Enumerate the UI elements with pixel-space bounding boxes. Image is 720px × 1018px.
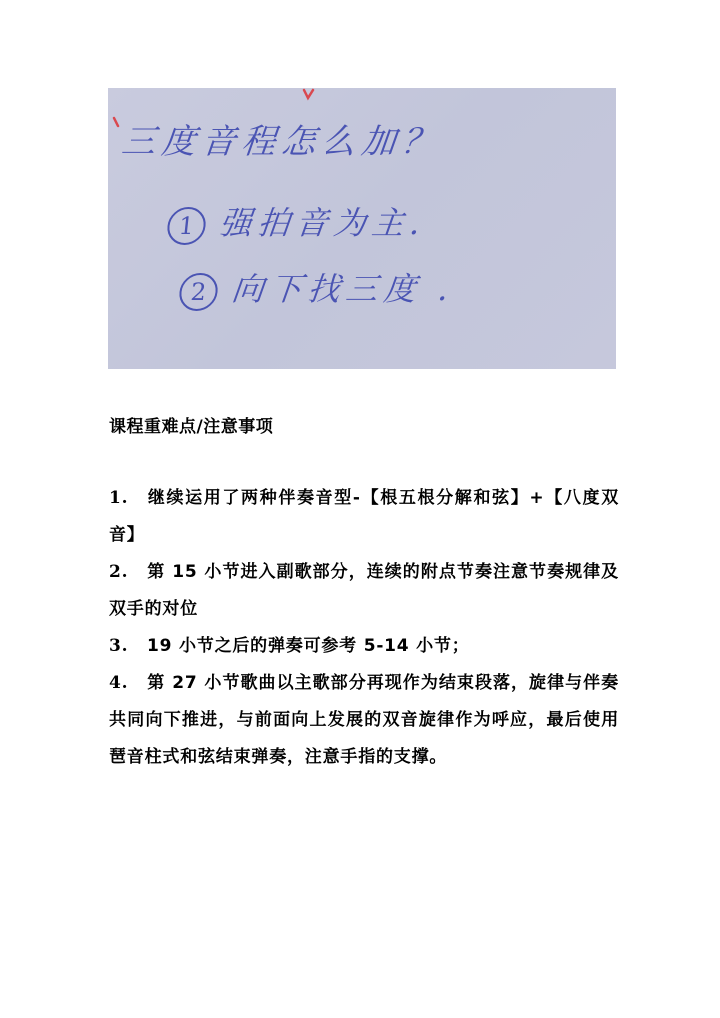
whiteboard-photo: 三度音程怎么加？ 1强拍音为主. 2向下找三度 . [108, 88, 616, 369]
note-text: 19 小节之后的弹奏可参考 5-14 小节； [147, 636, 470, 656]
note-number: 4. [109, 665, 147, 702]
handwritten-point-1: 1强拍音为主. [166, 198, 429, 245]
note-item-4: 4.第 27 小节歌曲以主歌部分再现作为结束段落，旋律与伴奏共同向下推进，与前面… [109, 665, 619, 776]
note-number: 3. [109, 628, 147, 665]
section-heading: 课程重难点/注意事项 [109, 412, 273, 437]
note-item-2: 2.第 15 小节进入副歌部分，连续的附点节奏注意节奏规律及双手的对位 [109, 554, 619, 628]
circled-number-1: 1 [166, 207, 208, 245]
note-text: 第 15 小节进入副歌部分，连续的附点节奏注意节奏规律及双手的对位 [109, 562, 619, 619]
note-text: 第 27 小节歌曲以主歌部分再现作为结束段落，旋律与伴奏共同向下推进，与前面向上… [109, 673, 619, 767]
note-item-3: 3.19 小节之后的弹奏可参考 5-14 小节； [109, 628, 619, 665]
note-number: 1. [109, 480, 147, 517]
circled-number-2: 2 [178, 273, 220, 311]
handwritten-point-2: 2向下找三度 . [178, 264, 457, 311]
handwritten-point-2-text: 向下找三度 . [230, 270, 456, 308]
handwritten-title: 三度音程怎么加？ [119, 114, 444, 163]
handwritten-point-1-text: 强拍音为主. [218, 204, 428, 242]
note-text: 继续运用了两种伴奏音型-【根五根分解和弦】+【八度双音】 [109, 488, 619, 545]
note-number: 2. [109, 554, 147, 591]
notes-list: 1.继续运用了两种伴奏音型-【根五根分解和弦】+【八度双音】 2.第 15 小节… [109, 480, 619, 776]
note-item-1: 1.继续运用了两种伴奏音型-【根五根分解和弦】+【八度双音】 [109, 480, 619, 554]
